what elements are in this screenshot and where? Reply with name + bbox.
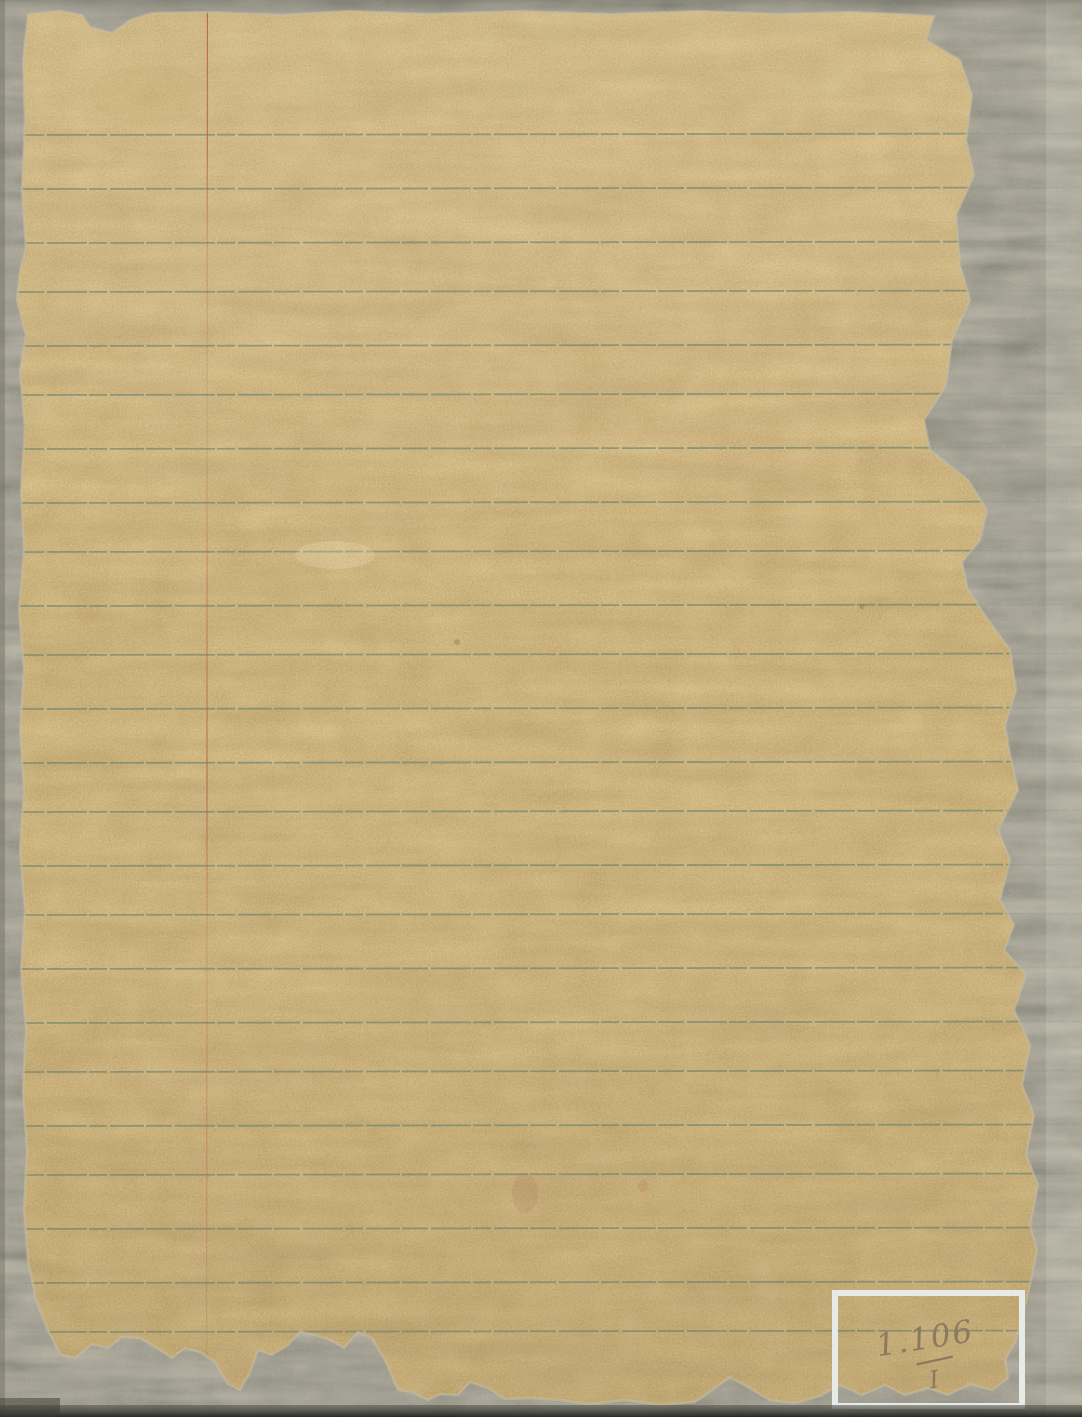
scanned-page: 1.106 I <box>0 0 1082 1417</box>
bottom-left-corner-shadow <box>0 1398 60 1417</box>
scan-canvas: 1.106 I <box>0 0 1082 1417</box>
right-edge-highlight <box>1046 0 1082 1417</box>
scanner-edge-strip <box>0 1405 1082 1417</box>
left-edge-shadow <box>0 0 5 1417</box>
paper-sheet <box>0 0 1082 1417</box>
